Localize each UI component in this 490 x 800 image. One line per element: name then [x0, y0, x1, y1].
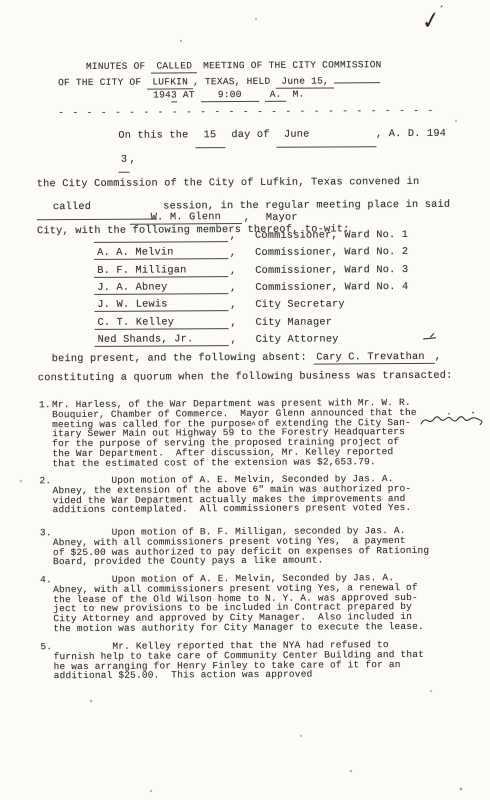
opening-line-2: the City Commission of the City of Lufki…	[37, 171, 457, 197]
comma: ,	[228, 317, 238, 329]
title-line-3: 1943 AT 9:00 A. M.	[58, 88, 448, 103]
member-title: City Attorney	[256, 334, 339, 347]
roster-row: B. F. Milligan,Commissioner, Ward No. 3	[94, 258, 408, 277]
member-title: Commissioner, Ward No. 4	[255, 281, 408, 294]
day-fill-in: 15	[195, 124, 225, 148]
comma: ,	[228, 230, 238, 242]
dashed-separator: - - - - - - - - - - - - - - - - - - - - …	[58, 105, 438, 118]
item-text: Mr. Harless, of the War Department was p…	[52, 398, 468, 469]
item-number: 4.	[40, 575, 52, 585]
comma: ,	[228, 299, 238, 311]
roster-row: C. T. Kelley,City Manager	[94, 310, 408, 329]
year-digit-fill-in: 3	[171, 89, 177, 102]
attendance-line: being present, and the following absent:…	[52, 351, 441, 366]
year-prefix: 194	[153, 89, 171, 100]
scanned-minutes-page: ✓ ʼ MINUTES OF CALLED MEETING OF THE CIT…	[0, 0, 490, 800]
opening-text: ,	[129, 154, 135, 166]
month-fill-in: June	[276, 123, 376, 148]
opening-line-1: On this the 15 day of June, A. D. 1943,	[36, 123, 456, 174]
minute-item-5: 5. Mr. Kelley reported that the NYA had …	[39, 640, 469, 682]
meridiem-fill-in: A.	[265, 89, 287, 102]
m-label: M.	[293, 89, 305, 100]
title-suffix: MEETING OF THE CITY COMMISSION	[203, 59, 382, 71]
comma: ,	[242, 212, 252, 224]
minute-item-1: 1. Mr. Harless, of the War Department wa…	[38, 398, 468, 469]
roster-row: Ned Shands, Jr.,City Attorney	[95, 328, 409, 347]
member-title: Commissioner, Ward No. 3	[255, 264, 408, 277]
roster-row: J. W. Lewis,City Secretary	[94, 293, 408, 312]
member-name-line: J. W. Lewis	[94, 298, 228, 312]
roster-row: A. A. Melvin,Commissioner, Ward No. 2	[94, 241, 408, 260]
attendance-text: being present, and the following absent:	[52, 352, 307, 366]
opening-text: , A. D. 194	[376, 128, 446, 140]
city-prefix: OF THE CITY OF	[58, 77, 141, 89]
member-name-line: A. A. Melvin	[94, 246, 228, 260]
item-text: Mr. Kelley reported that the NYA had ref…	[53, 640, 469, 682]
attendance-text: ,	[435, 351, 441, 363]
handwritten-caret: ^	[251, 421, 256, 430]
roster-row: W. M. Glenn,Mayor	[94, 206, 408, 225]
handwritten-margin-mark	[423, 331, 441, 349]
title-prefix: MINUTES OF	[86, 61, 146, 72]
time-fill-in: 9:00	[201, 89, 259, 102]
quorum-line: constituting a quorum when the following…	[38, 370, 453, 385]
minute-item-4: 4. Upon motion of A. E. Melvin, Seconded…	[39, 573, 469, 634]
member-name-line: W. M. Glenn	[130, 211, 242, 225]
year-digit-fill-in: 3	[118, 149, 129, 173]
comma: ,	[228, 282, 238, 294]
document-title: MINUTES OF CALLED MEETING OF THE CITY CO…	[58, 59, 448, 103]
member-name-line: J. A. Abney	[94, 281, 228, 295]
at-label: AT	[183, 89, 195, 100]
member-title: Commissioner, Ward No. 2	[255, 246, 408, 259]
city-fill-in: LUFKIN	[147, 76, 193, 89]
handwritten-margin-note	[419, 411, 483, 436]
opening-text: day of	[231, 129, 269, 141]
item-text: Upon motion of A. E. Melvin, Seconded by…	[53, 573, 469, 634]
member-title: City Manager	[255, 316, 332, 328]
roster-row: ,Commissioner, Ward No. 1	[94, 223, 408, 242]
members-roster: W. M. Glenn,Mayor ,Commissioner, Ward No…	[94, 206, 409, 347]
member-title: City Secretary	[255, 299, 344, 312]
item-number: 3.	[40, 528, 52, 538]
item-number: 5.	[40, 642, 52, 652]
member-title: Mayor	[266, 212, 298, 224]
item-number: 2.	[39, 476, 51, 486]
opening-text: On this the	[118, 129, 188, 141]
item-text: Upon motion of A. E. Melvin, Seconded by…	[52, 474, 468, 516]
blank-underline	[334, 72, 380, 83]
absent-name-fill-in: Cary C. Trevathan	[313, 351, 435, 365]
roster-row: J. A. Abney,Commissioner, Ward No. 4	[94, 276, 408, 295]
comma: ,	[228, 265, 238, 277]
comma: ,	[228, 247, 238, 259]
member-name-line: Ned Shands, Jr.	[95, 333, 229, 347]
item-text: Upon motion of B. F. Milligan, seconded …	[53, 526, 469, 568]
minute-item-3: 3. Upon motion of B. F. Milligan, second…	[39, 526, 469, 568]
comma: ,	[229, 334, 239, 346]
minute-item-2: 2. Upon motion of A. E. Melvin, Seconded…	[38, 474, 468, 516]
date-fill-in: June 15,	[276, 75, 334, 88]
meeting-type-fill-in: CALLED	[151, 60, 197, 73]
member-name-line: C. T. Kelley	[94, 316, 228, 330]
member-title: Commissioner, Ward No. 1	[255, 229, 408, 242]
city-suffix: , TEXAS, HELD	[193, 76, 270, 87]
item-number: 1.	[39, 400, 51, 410]
member-name-line: B. F. Milligan	[94, 264, 228, 278]
